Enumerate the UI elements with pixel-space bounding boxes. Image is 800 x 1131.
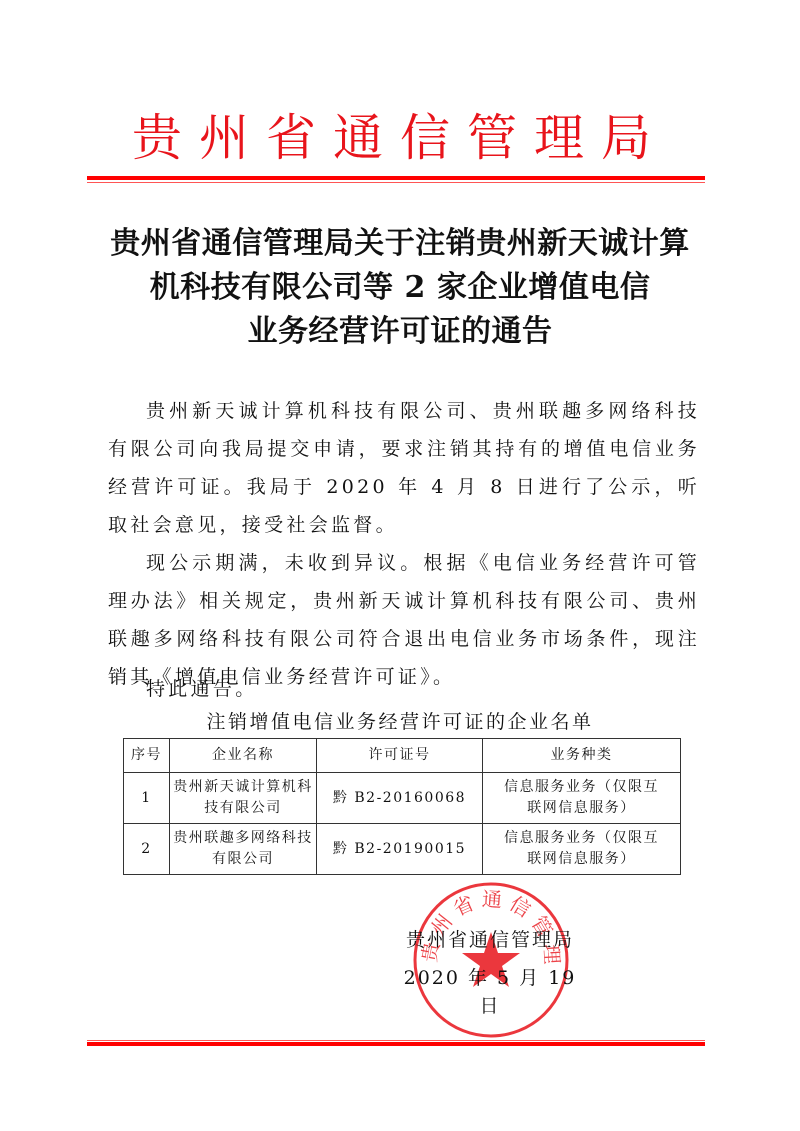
cell-license: 黔 B2-20190015: [317, 824, 483, 875]
header-no: 序号: [124, 739, 170, 773]
masthead-title: 贵州省通信管理局: [0, 108, 800, 168]
company-table: 序号 企业名称 许可证号 业务种类 1 贵州新天诚计算机科技有限公司 黔 B2-…: [123, 738, 681, 875]
cell-type: 信息服务业务（仅限互联网信息服务）: [483, 773, 681, 824]
cell-type: 信息服务业务（仅限互联网信息服务）: [483, 824, 681, 875]
footer-divider: [87, 1040, 705, 1046]
header-company: 企业名称: [170, 739, 317, 773]
title-line-2: 机科技有限公司等 2 家企业增值电信: [0, 266, 800, 310]
cell-company: 贵州联趣多网络科技有限公司: [170, 824, 317, 875]
table-caption: 注销增值电信业务经营许可证的企业名单: [0, 708, 800, 736]
cell-no: 1: [124, 773, 170, 824]
cell-no: 2: [124, 824, 170, 875]
title-line-1: 贵州省通信管理局关于注销贵州新天诚计算: [0, 222, 800, 266]
table-row: 2 贵州联趣多网络科技有限公司 黔 B2-20190015 信息服务业务（仅限互…: [124, 824, 681, 875]
table-row: 1 贵州新天诚计算机科技有限公司 黔 B2-20160068 信息服务业务（仅限…: [124, 773, 681, 824]
table-header-row: 序号 企业名称 许可证号 业务种类: [124, 739, 681, 773]
header-type: 业务种类: [483, 739, 681, 773]
header-divider: [87, 176, 705, 183]
body-paragraph-1: 贵州新天诚计算机科技有限公司、贵州联趣多网络科技有限公司向我局提交申请，要求注销…: [108, 392, 700, 544]
title-line-3: 业务经营许可证的通告: [0, 310, 800, 354]
signature-date: 2020 年 5 月 19 日: [390, 964, 590, 1020]
header-license: 许可证号: [317, 739, 483, 773]
document-title: 贵州省通信管理局关于注销贵州新天诚计算 机科技有限公司等 2 家企业增值电信 业…: [0, 222, 800, 354]
signature-org: 贵州省通信管理局: [390, 926, 590, 954]
body-paragraph-3: 特此通告。: [108, 670, 700, 708]
cell-company: 贵州新天诚计算机科技有限公司: [170, 773, 317, 824]
cell-license: 黔 B2-20160068: [317, 773, 483, 824]
